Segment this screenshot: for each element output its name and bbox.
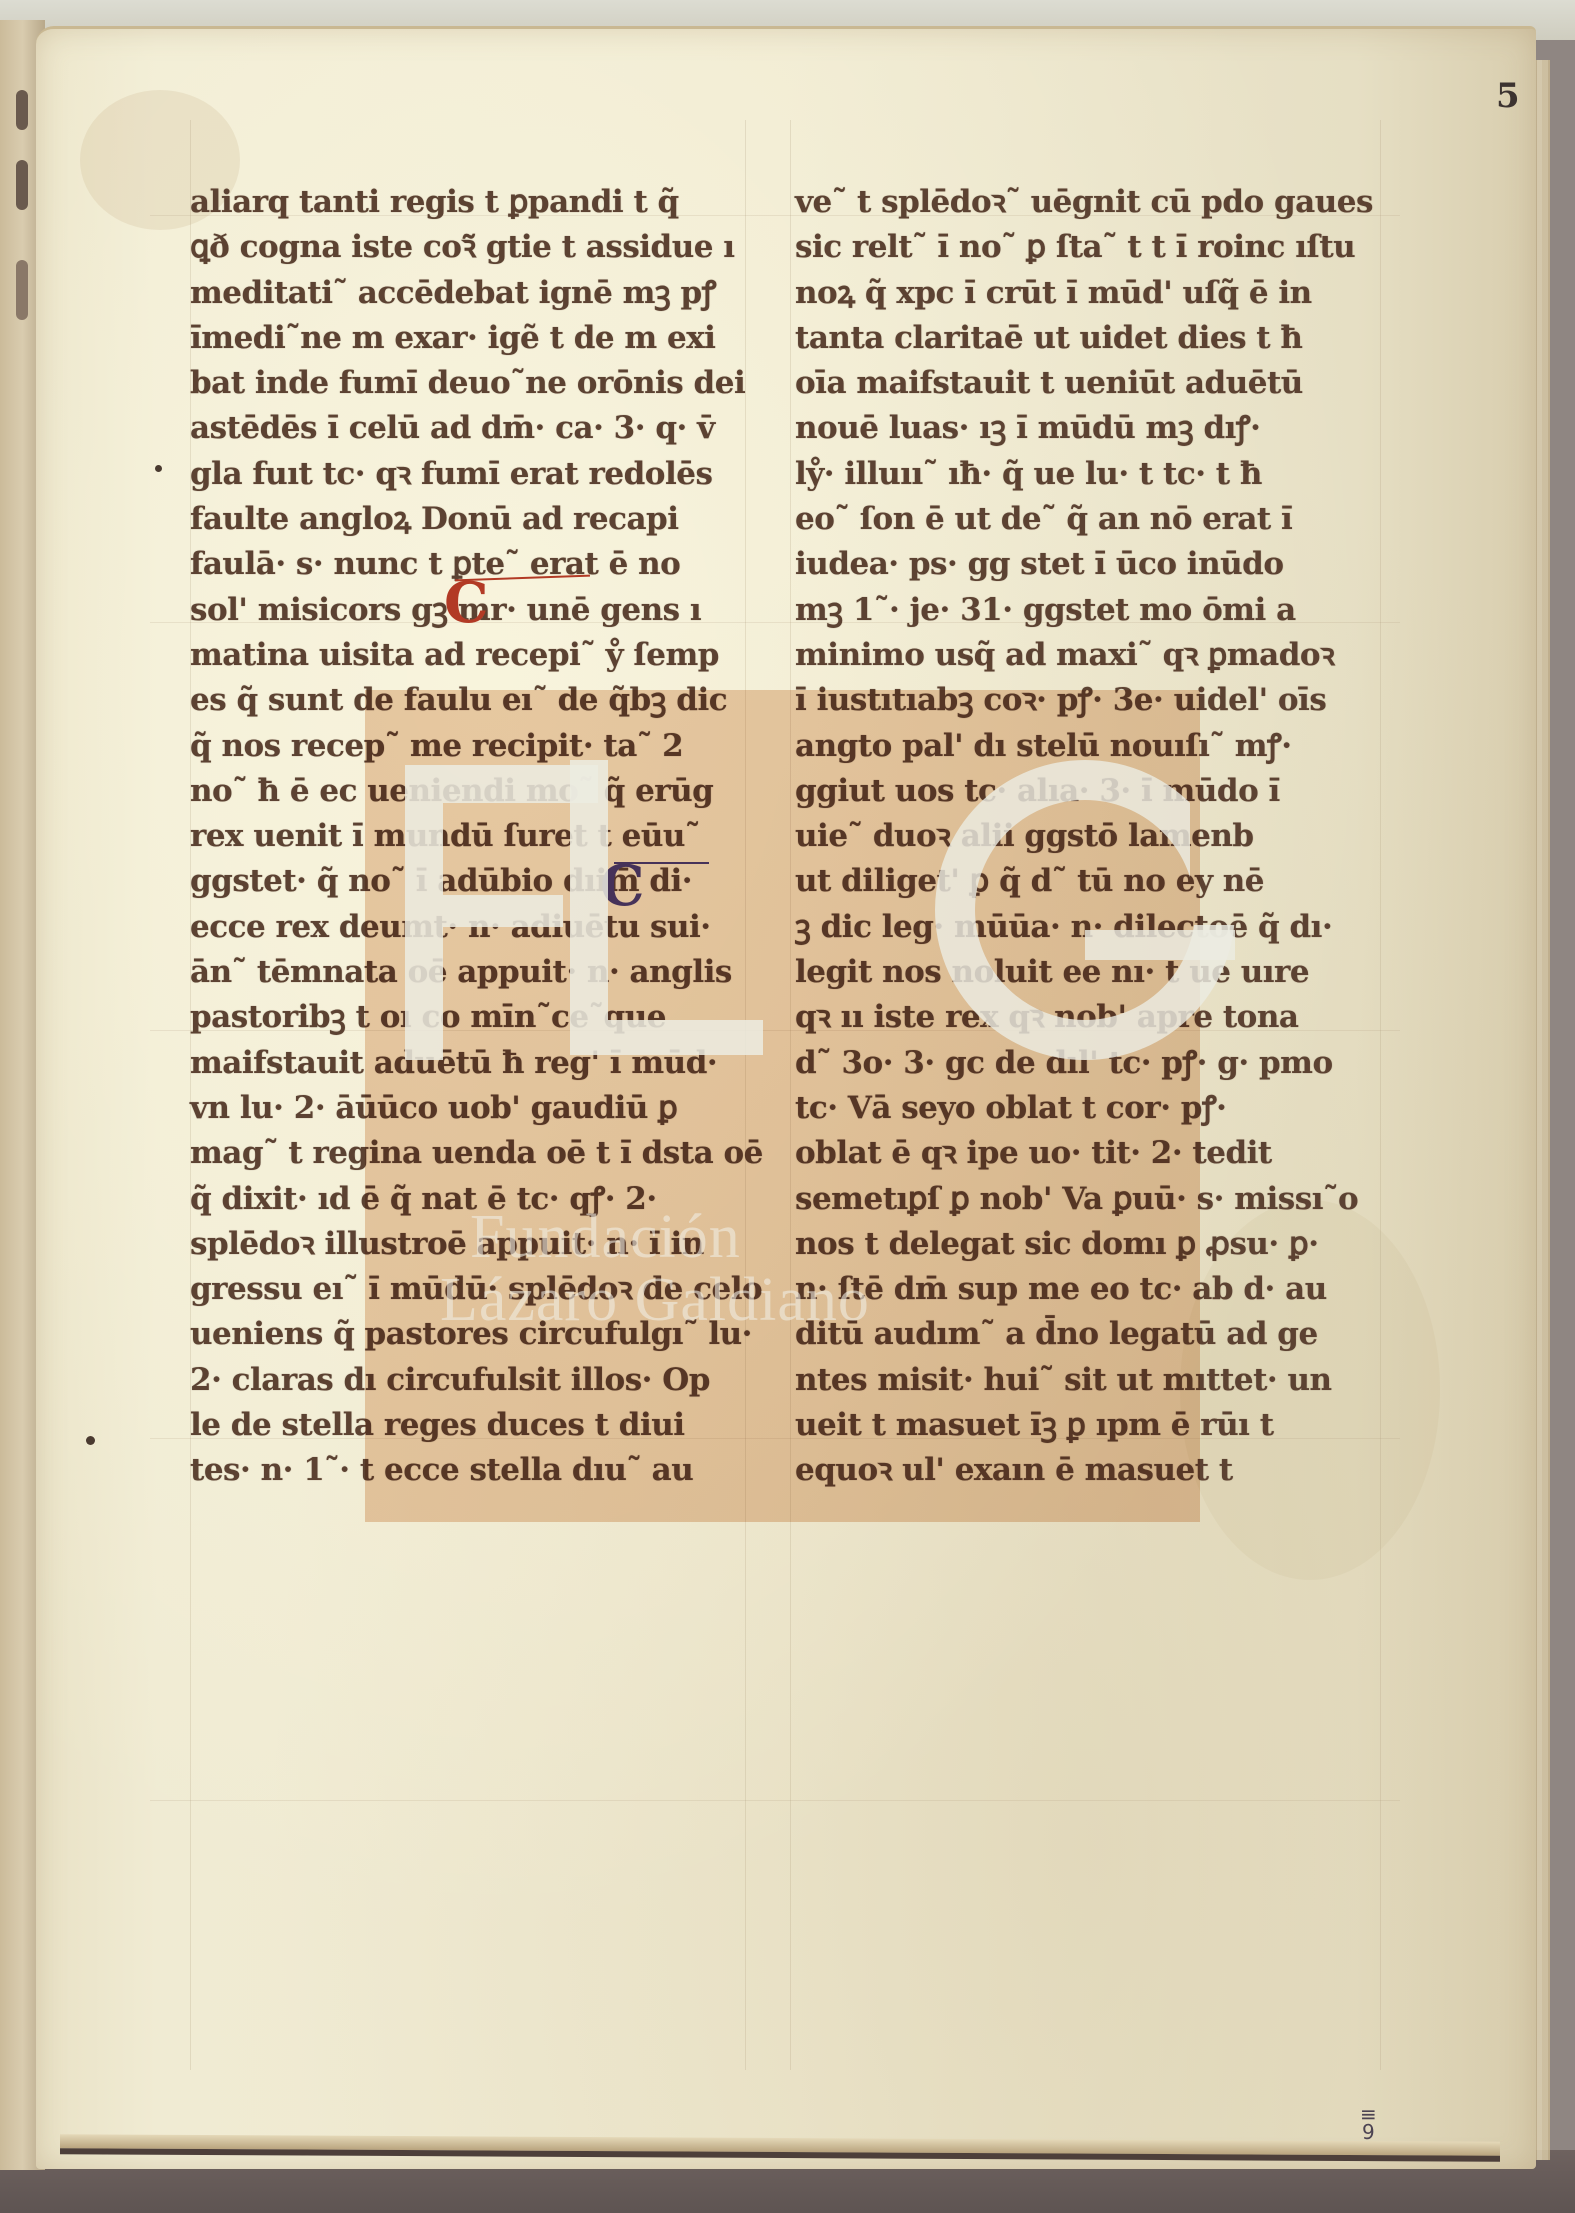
watermark-text-line2: Lázaro Galdiano (440, 1268, 870, 1332)
text-line: lẙ· illuıı˜ ıħ· q̃ ue lu· t tc· t ħ (795, 452, 1385, 497)
ruling-line (150, 1800, 1400, 1801)
text-line: tanta claritaē ut uidet dies t ħ (795, 316, 1385, 361)
watermark-text-line1: Fundación (470, 1205, 741, 1269)
binding-damage (16, 90, 28, 130)
margin-mark (155, 465, 162, 472)
margin-mark (86, 1436, 95, 1445)
red-initial: C (444, 575, 489, 631)
text-line: gla fuıt tc· qꝛ fumı̄ erat redolēs (190, 452, 750, 497)
binding-damage (16, 160, 28, 210)
watermark-letter-f-bar (443, 895, 563, 927)
watermark-letter-l-bar (608, 1020, 763, 1055)
text-line: matina uisita ad recepi˜ ẙ ſemp (190, 633, 750, 678)
text-line: meditati˜ accēdebat ignē mꝫ pꝭ (190, 271, 750, 316)
folio-number: 5 (1496, 76, 1520, 116)
watermark-letter-g (935, 760, 1235, 1060)
text-line: iudea· ps· gg stet ı̄ ūco inūdo (795, 542, 1385, 587)
text-line: mꝫ 1˜· je· 31· ggstet mo ōmi a (795, 588, 1385, 633)
text-line: astēdēs ı̄ celū ad dm̄· ca· 3· q· v̄ (190, 406, 750, 451)
watermark-letter-f (405, 765, 443, 1060)
watermark-letter-g-bar (1085, 930, 1235, 960)
text-line: noꝝ q̃ xpc ı̄ crūt ı̄ mūd' uſq̃ ē in (795, 271, 1385, 316)
text-line: ꝗð cogna iste coꝛ̃ gtie t assidue ı (190, 225, 750, 270)
text-line: faulte angloꝝ Donū ad recapi (190, 497, 750, 542)
text-line: oīa maifstauit t ueniūt aduētū (795, 361, 1385, 406)
text-line: eo˜ ſon ē ut de˜ q̃ an nō erat ı̄ (795, 497, 1385, 542)
text-line: ı̄medi˜ne m exar· igẽ t de m exi (190, 316, 750, 361)
text-line: nouē luas· ıꝫ ı̄ mūdū mꝫ dıꝭ· (795, 406, 1385, 451)
text-line: ve˜ t splēdoꝛ˜ uēgnit cū pdo gaues (795, 180, 1385, 225)
watermark-letter-l (570, 760, 608, 1055)
binding-damage (16, 260, 28, 320)
text-line: bat inde fumı̄ deuo˜ne orōnis dei (190, 361, 750, 406)
shelf-mark: ≡ 9 (1360, 2105, 1377, 2141)
text-line: aliarq tanti regis t ꝑpandi t q̃ (190, 180, 750, 225)
text-line: sic relt˜ ı̄ no˜ ꝑ ſta˜ t t ı̄ roinc ıſt… (795, 225, 1385, 270)
text-line: minimo usq̃ ad maxi˜ qꝛ ꝑmadoꝛ (795, 633, 1385, 678)
shelf-mark-line2: 9 (1360, 2123, 1377, 2141)
